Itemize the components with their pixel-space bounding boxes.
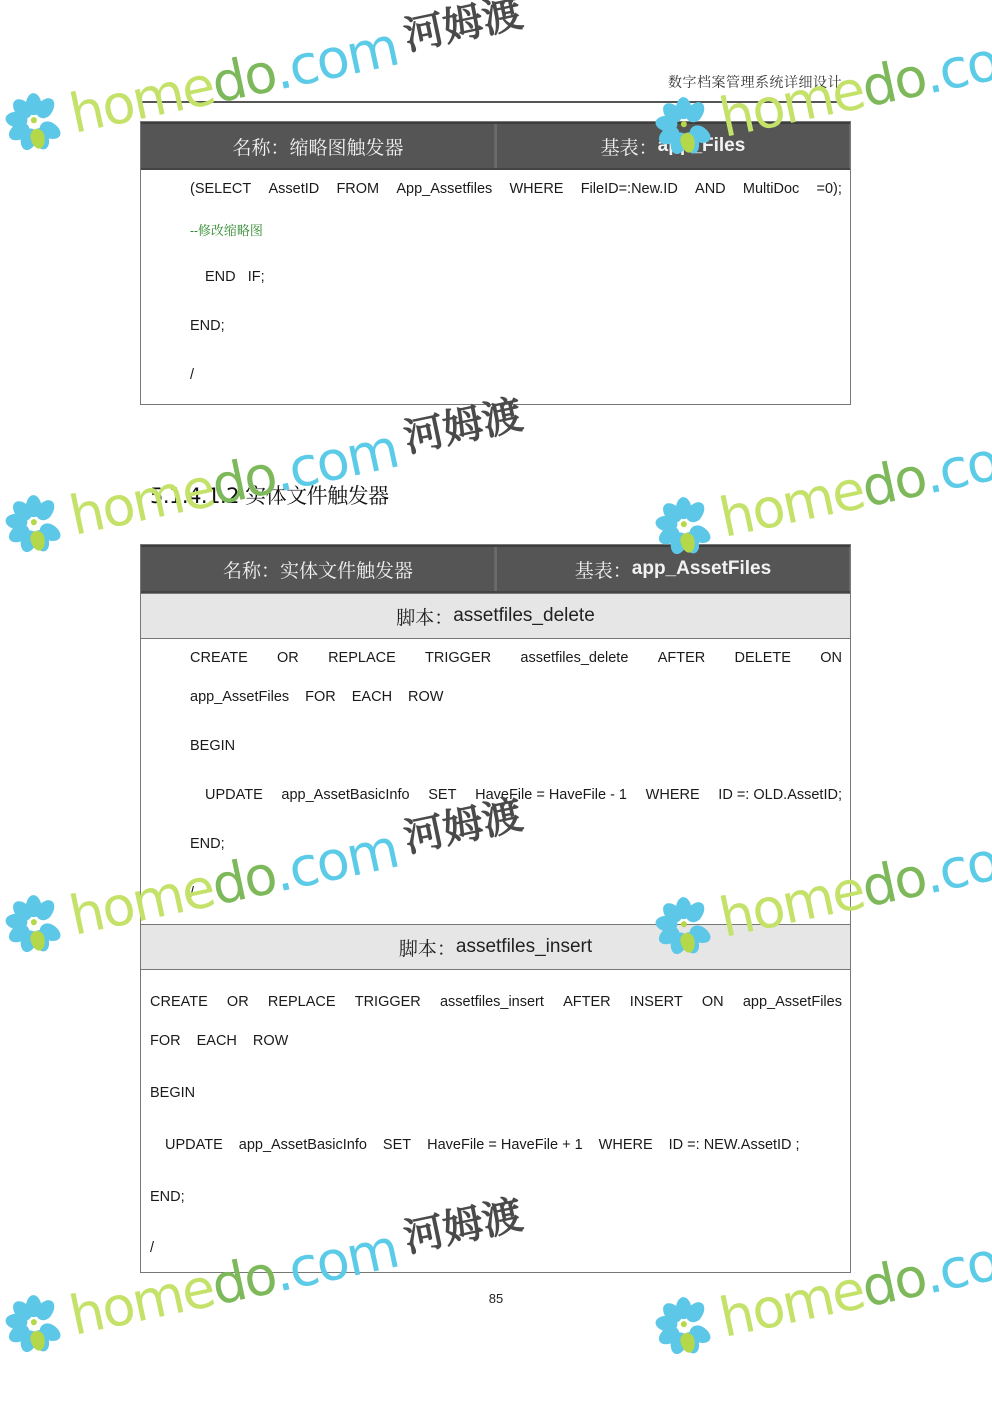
name-value: 缩略图触发器 (290, 133, 404, 160)
code-token: TRIGGER (355, 994, 421, 1010)
script-title-bar: 脚本： assetfiles_insert (141, 924, 850, 970)
code-token: REPLACE (328, 650, 396, 666)
code-token: app_AssetFiles (743, 994, 842, 1010)
code-token: FOR (150, 1033, 181, 1049)
script-name: assetfiles_delete (453, 605, 595, 627)
flower-logo-icon (0, 83, 73, 161)
petal-shape (32, 896, 58, 923)
code-token: (SELECT (190, 181, 251, 197)
petal-shape (32, 496, 58, 523)
watermark-text: home (714, 457, 869, 549)
watermark-text: do (856, 1244, 931, 1319)
code-token: / (190, 885, 194, 901)
code-token: END; (190, 836, 225, 852)
petal-shape (37, 1320, 64, 1344)
flower-logo-icon (0, 885, 73, 963)
petal-shape (9, 897, 36, 924)
petal-shape (9, 497, 36, 524)
petal-shape (5, 921, 32, 946)
petal-shape (25, 93, 42, 116)
watermark-text: .com (918, 18, 992, 106)
script-label: 脚本： (399, 934, 456, 961)
code-token: AFTER (658, 650, 706, 666)
code-token: ID =: OLD.AssetID; (718, 787, 842, 803)
code-line: BEGIN (190, 738, 840, 754)
code-token: ON (702, 994, 724, 1010)
petal-shape (29, 126, 52, 152)
section-heading: 5.1.4.1.2 实体文件触发器 (150, 480, 389, 510)
petal-shape (9, 95, 36, 122)
code-token: SET (428, 787, 456, 803)
code-token: app_AssetBasicInfo (281, 787, 409, 803)
code-token: / (150, 1240, 154, 1256)
code-line: CREATEORREPLACETRIGGERassetfiles_insertA… (150, 994, 842, 1010)
code-line: UPDATEapp_AssetBasicInfoSETHaveFile = Ha… (165, 1137, 840, 1153)
code-token: OR (277, 650, 299, 666)
script-name: assetfiles_insert (456, 936, 592, 958)
code-token: OR (227, 994, 249, 1010)
code-line: BEGIN (150, 1085, 840, 1101)
petal-shape (655, 1323, 682, 1348)
petal-shape (4, 512, 28, 531)
code-token: assetfiles_insert (440, 994, 544, 1010)
petal-shape (18, 126, 40, 152)
code-token: App_Assetfiles (396, 181, 492, 197)
code-token: app_AssetFiles (190, 689, 289, 705)
code-token: BEGIN (150, 1085, 195, 1101)
base-table-cell: 基表： app_Files (496, 124, 850, 168)
code-token: ID =: NEW.AssetID ; (669, 1137, 800, 1153)
code-token: FileID=:New.ID (581, 181, 678, 197)
code-token: FOR (305, 689, 336, 705)
watermark-text: .com (918, 818, 992, 906)
document-header-title: 数字档案管理系统详细设计 (668, 72, 842, 92)
name-label: 名称： (232, 133, 289, 160)
petal-shape (37, 118, 64, 142)
watermark-text: do (206, 40, 281, 115)
code-token: MultiDoc (743, 181, 799, 197)
petal-shape (679, 1330, 702, 1356)
code-token: ROW (253, 1033, 288, 1049)
name-label: 名称： (223, 556, 280, 583)
flower-center (680, 521, 687, 528)
petal-shape (18, 126, 40, 152)
code-block-delete: CREATEORREPLACETRIGGERassetfiles_deleteA… (141, 639, 850, 924)
code-token: UPDATE (165, 1137, 223, 1153)
watermark-text: .com (918, 418, 992, 506)
code-token: FROM (336, 181, 379, 197)
petal-shape (18, 1328, 40, 1354)
code-token: ON (820, 650, 842, 666)
name-value: 实体文件触发器 (280, 556, 413, 583)
code-token: REPLACE (268, 994, 336, 1010)
page-number: 85 (0, 1291, 992, 1306)
watermark-text: do (856, 44, 931, 119)
petal-shape (675, 497, 692, 520)
petal-shape (687, 1322, 714, 1346)
petal-shape (18, 528, 40, 554)
petal-shape (18, 928, 40, 954)
asset-file-trigger-table: 名称： 实体文件触发器 基表： app_AssetFiles 脚本： asset… (140, 544, 851, 1273)
code-token: EACH (197, 1033, 237, 1049)
code-line: UPDATEapp_AssetBasicInfoSETHaveFile = Ha… (205, 787, 842, 803)
code-token: TRIGGER (425, 650, 491, 666)
code-token: =0); (817, 181, 842, 197)
petal-shape (5, 521, 32, 546)
code-token: AssetID (268, 181, 319, 197)
script-title-bar: 脚本： assetfiles_delete (141, 593, 850, 639)
code-line: CREATEORREPLACETRIGGERassetfiles_deleteA… (190, 650, 842, 666)
flower-center (30, 117, 37, 124)
thumbnail-trigger-table: 名称： 缩略图触发器 基表： app_Files (SELECTAssetIDF… (140, 121, 851, 405)
base-label: 基表： (601, 133, 658, 160)
code-token: AFTER (563, 994, 611, 1010)
petal-shape (4, 912, 28, 931)
code-block-insert: CREATEORREPLACETRIGGERassetfiles_insertA… (141, 970, 850, 1270)
petal-shape (4, 110, 28, 129)
table-header-row: 名称： 实体文件触发器 基表： app_AssetFiles (141, 545, 850, 593)
flower-logo-icon (0, 485, 73, 563)
code-line: END; (150, 1189, 840, 1205)
petal-shape (29, 1328, 52, 1354)
trigger-name-cell: 名称： 缩略图触发器 (141, 124, 496, 168)
code-line: / (190, 885, 840, 901)
code-comment: --修改缩略图 (190, 220, 840, 239)
petal-shape (18, 1328, 40, 1354)
petal-shape (668, 1330, 690, 1356)
watermark-text: do (856, 444, 931, 519)
watermark-text: .com (268, 14, 403, 102)
code-line: (SELECTAssetIDFROMApp_AssetfilesWHEREFil… (190, 181, 842, 197)
petal-shape (29, 528, 52, 554)
petal-shape (668, 1330, 690, 1356)
code-token: SET (383, 1137, 411, 1153)
flower-center (30, 519, 37, 526)
code-line: END IF; (205, 269, 840, 285)
code-line: FOREACHROW (150, 1033, 840, 1049)
code-token: HaveFile = HaveFile + 1 (427, 1137, 583, 1153)
code-token: CREATE (190, 650, 248, 666)
code-token: BEGIN (190, 738, 235, 754)
code-token: DELETE (735, 650, 791, 666)
petal-shape (18, 928, 40, 954)
code-token: CREATE (150, 994, 208, 1010)
base-value: app_Files (658, 135, 746, 157)
code-token: UPDATE (205, 787, 263, 803)
table-header-row: 名称： 缩略图触发器 基表： app_Files (141, 122, 850, 170)
petal-shape (37, 920, 64, 944)
code-token: WHERE (646, 787, 700, 803)
code-line: / (150, 1240, 840, 1256)
flower-drop (29, 128, 47, 150)
base-value: app_AssetFiles (632, 558, 771, 580)
flower-center (680, 1321, 687, 1328)
petal-shape (654, 514, 678, 533)
petal-shape (25, 895, 42, 918)
code-line: END; (190, 836, 840, 852)
flower-drop (29, 530, 47, 552)
petal-shape (37, 520, 64, 544)
trigger-name-cell: 名称： 实体文件触发器 (141, 547, 496, 591)
petal-shape (25, 495, 42, 518)
petal-shape (682, 498, 708, 525)
base-table-cell: 基表： app_AssetFiles (496, 547, 850, 591)
code-token: assetfiles_delete (520, 650, 628, 666)
watermark-text: do (856, 844, 931, 919)
petal-shape (4, 1312, 28, 1331)
flower-center (30, 1319, 37, 1326)
petal-shape (18, 528, 40, 554)
code-token: HaveFile = HaveFile - 1 (475, 787, 627, 803)
code-block: (SELECTAssetIDFROMApp_AssetfilesWHEREFil… (141, 170, 850, 404)
code-token: AND (695, 181, 726, 197)
flower-drop (29, 930, 47, 952)
base-label: 基表： (575, 556, 632, 583)
header-rule (140, 101, 841, 103)
code-token: INSERT (630, 994, 683, 1010)
code-token: END; (150, 1189, 185, 1205)
code-line: END; (190, 318, 840, 334)
flower-drop (679, 1332, 697, 1354)
code-token: EACH (352, 689, 392, 705)
watermark-text: 河姆渡 (398, 0, 527, 61)
code-line: app_AssetFilesFOREACHROW (190, 689, 840, 705)
code-token: WHERE (510, 181, 564, 197)
code-token: WHERE (599, 1137, 653, 1153)
petal-shape (654, 1314, 678, 1333)
code-token: app_AssetBasicInfo (239, 1137, 367, 1153)
script-label: 脚本： (396, 603, 453, 630)
flower-center (30, 919, 37, 926)
petal-shape (5, 1321, 32, 1346)
code-line: / (190, 367, 840, 383)
watermark: homedo.com河姆渡 (0, 388, 530, 563)
petal-shape (32, 94, 58, 121)
flower-drop (29, 1330, 47, 1352)
petal-shape (5, 119, 32, 144)
code-token: ROW (408, 689, 443, 705)
petal-shape (659, 499, 686, 526)
petal-shape (29, 928, 52, 954)
